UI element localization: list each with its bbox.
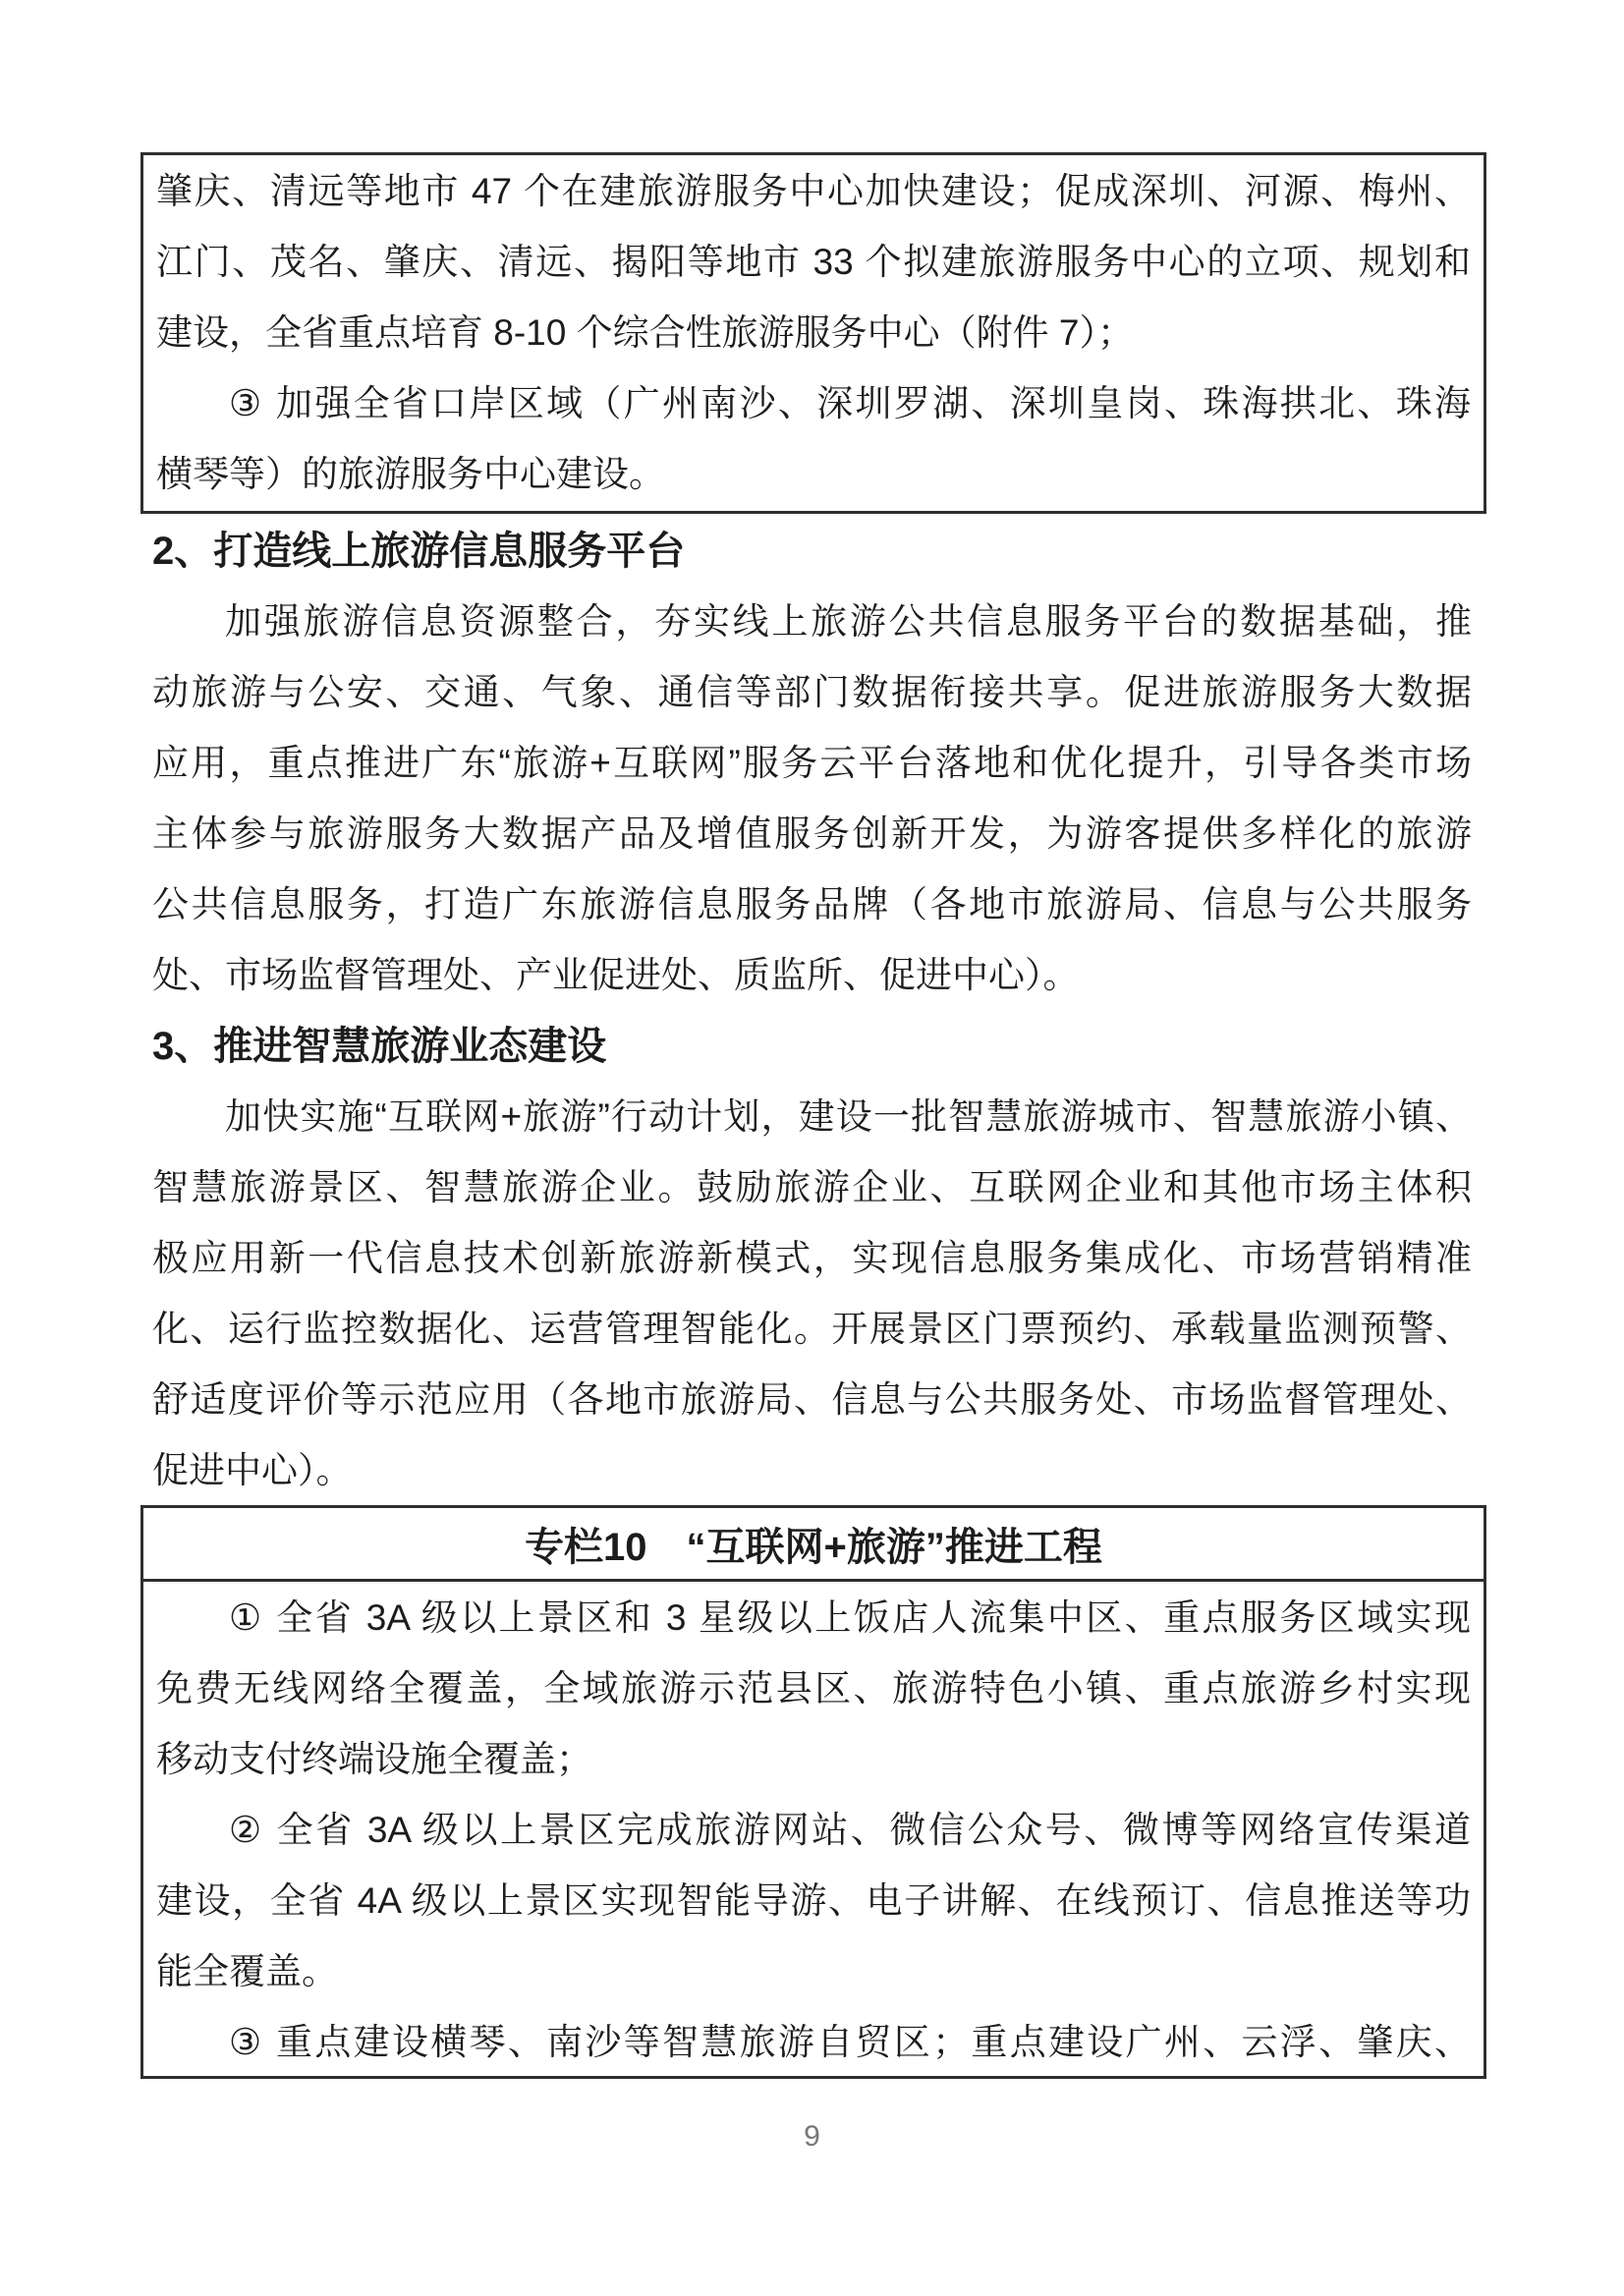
text-line: 促进中心）。 bbox=[152, 1435, 1472, 1506]
text-line: 横琴等）的旅游服务中心建设。 bbox=[156, 439, 1471, 510]
text-line: 建设，全省 4A 级以上景区实现智能导游、电子讲解、在线预订、信息推送等功 bbox=[156, 1866, 1471, 1936]
callout-box-column10: 专栏10 “互联网+旅游”推进工程 ① 全省 3A 级以上景区和 3 星级以上饭… bbox=[140, 1505, 1486, 2079]
text-line: 化、运行监控数据化、运营管理智能化。开展景区门票预约、承载量监测预警、 bbox=[152, 1294, 1472, 1365]
text-line: 加快实施“互联网+旅游”行动计划，建设一批智慧旅游城市、智慧旅游小镇、 bbox=[152, 1082, 1472, 1152]
text-line: 智慧旅游景区、智慧旅游企业。鼓励旅游企业、互联网企业和其他市场主体积 bbox=[152, 1152, 1472, 1223]
section-heading: 3、推进智慧旅游业态建设 bbox=[152, 1011, 1472, 1082]
text-line: 能全覆盖。 bbox=[156, 1936, 1471, 2007]
text-line: 公共信息服务，打造广东旅游信息服务品牌（各地市旅游局、信息与公共服务 bbox=[152, 869, 1472, 940]
text-line: ③ 加强全省口岸区域（广州南沙、深圳罗湖、深圳皇岗、珠海拱北、珠海 bbox=[156, 368, 1471, 439]
text-line: ① 全省 3A 级以上景区和 3 星级以上饭店人流集中区、重点服务区域实现 bbox=[156, 1583, 1471, 1653]
section-heading: 2、打造线上旅游信息服务平台 bbox=[152, 516, 1472, 587]
text-line: 建设，全省重点培育 8-10 个综合性旅游服务中心（附件 7）； bbox=[156, 298, 1471, 368]
document-page: 肇庆、清远等地市 47 个在建旅游服务中心加快建设；促成深圳、河源、梅州、江门、… bbox=[0, 0, 1624, 2296]
text-line: ② 全省 3A 级以上景区完成旅游网站、微信公众号、微博等网络宣传渠道 bbox=[156, 1795, 1471, 1866]
text-line: 肇庆、清远等地市 47 个在建旅游服务中心加快建设；促成深圳、河源、梅州、 bbox=[156, 156, 1471, 227]
text-line: 极应用新一代信息技术创新旅游新模式，实现信息服务集成化、市场营销精准 bbox=[152, 1223, 1472, 1294]
box-title: 专栏10 “互联网+旅游”推进工程 bbox=[143, 1508, 1484, 1582]
text-line: ③ 重点建设横琴、南沙等智慧旅游自贸区；重点建设广州、云浮、肇庆、 bbox=[156, 2007, 1471, 2078]
text-line: 免费无线网络全覆盖，全域旅游示范县区、旅游特色小镇、重点旅游乡村实现 bbox=[156, 1653, 1471, 1724]
box-body: ① 全省 3A 级以上景区和 3 星级以上饭店人流集中区、重点服务区域实现免费无… bbox=[143, 1582, 1484, 2078]
page-number: 9 bbox=[0, 2120, 1624, 2154]
text-line: 江门、茂名、肇庆、清远、揭阳等地市 33 个拟建旅游服务中心的立项、规划和 bbox=[156, 227, 1471, 298]
text-line: 处、市场监督管理处、产业促进处、质监所、促进中心）。 bbox=[152, 940, 1472, 1011]
text-line: 应用，重点推进广东“旅游+互联网”服务云平台落地和优化提升，引导各类市场 bbox=[152, 728, 1472, 799]
callout-box-top: 肇庆、清远等地市 47 个在建旅游服务中心加快建设；促成深圳、河源、梅州、江门、… bbox=[140, 152, 1486, 514]
text-line: 加强旅游信息资源整合，夯实线上旅游公共信息服务平台的数据基础，推 bbox=[152, 587, 1472, 657]
text-line: 动旅游与公安、交通、气象、通信等部门数据衔接共享。促进旅游服务大数据 bbox=[152, 657, 1472, 728]
text-line: 主体参与旅游服务大数据产品及增值服务创新开发，为游客提供多样化的旅游 bbox=[152, 799, 1472, 869]
text-line: 移动支付终端设施全覆盖； bbox=[156, 1724, 1471, 1795]
text-line: 舒适度评价等示范应用（各地市旅游局、信息与公共服务处、市场监督管理处、 bbox=[152, 1365, 1472, 1435]
body-text: 2、打造线上旅游信息服务平台加强旅游信息资源整合，夯实线上旅游公共信息服务平台的… bbox=[152, 516, 1472, 1506]
